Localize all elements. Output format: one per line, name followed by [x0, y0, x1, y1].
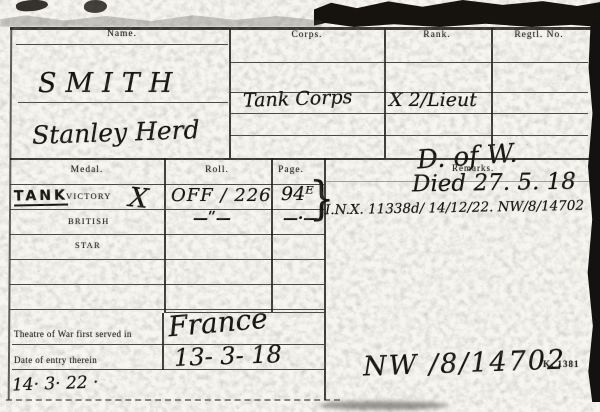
medal-row-british-label: BRITISH [68, 216, 109, 226]
corps-row-line-4 [230, 135, 588, 136]
roll-page-divider [271, 158, 273, 312]
victory-x-mark: X [127, 182, 149, 215]
forenames-value: Stanley Herd [32, 115, 201, 150]
corps-value: Tank Corps [243, 86, 353, 112]
remarks-reference-line: I.N.X. 11338d/ 14/12/22. NW/8/14702 [325, 198, 584, 219]
date-of-entry-label: Date of entry therein [14, 355, 97, 365]
bottom-border-line [6, 399, 340, 401]
medal-table-header-medal: Medal. [27, 165, 147, 175]
theatre-value: France [167, 302, 269, 344]
remarks-died-date: Died 27. 5. 18 [412, 169, 576, 198]
entry-date-underline [12, 369, 324, 370]
scan-artifact-top-degrade [0, 14, 322, 27]
medal-row-victory-label: VICTORY [66, 191, 112, 201]
medal-index-card: Name. Corps. Rank. Regtl. No. Medal. Rol… [0, 0, 600, 412]
entry-date-value: 13- 3- 18 [174, 340, 283, 372]
reference-number-value: NW /8/14702 [363, 344, 567, 382]
medal-table-header-roll: Roll. [167, 165, 267, 175]
theatre-of-war-label: Theatre of War first served in [14, 329, 132, 339]
medal-row-line-3 [10, 259, 324, 260]
corps-row-line-3 [230, 113, 588, 114]
page-ditto-dashes: —·— [283, 209, 318, 227]
roll-ditto-dashes: —ʺ— [193, 209, 231, 227]
name-column-header: Name. [60, 29, 184, 39]
corps-row-line-1 [230, 62, 588, 63]
regtl-no-column-header: Regtl. No. [492, 30, 586, 40]
medal-annotation-tank: TANK [14, 188, 68, 207]
medal-row-line-1 [10, 209, 324, 210]
name-header-underline [16, 44, 228, 45]
scan-artifact-top-band [314, 0, 600, 27]
medal-row-line-4 [10, 284, 324, 285]
theatre-value-divider [162, 313, 164, 370]
roll-value: OFF / 226 [171, 185, 272, 206]
medal-roll-divider [164, 158, 166, 312]
scan-artifact-blob [84, 0, 108, 14]
scan-artifact-right-band [587, 22, 600, 402]
rank-value: X 2/Lieut [389, 89, 477, 111]
scan-artifact-blob [16, 0, 49, 13]
surname-underline [18, 102, 228, 103]
medal-row-star-label: STAR [75, 240, 101, 250]
medal-header-underline [10, 184, 324, 185]
rank-column-header: Rank. [379, 30, 495, 40]
surname-value: SMITH [38, 68, 181, 99]
stamp-date-note: 14· 3· 22 · [12, 372, 99, 395]
scan-artifact-bottom-smudge [318, 401, 448, 410]
medal-row-line-2 [10, 234, 324, 235]
corps-column-header: Corps. [247, 30, 367, 40]
